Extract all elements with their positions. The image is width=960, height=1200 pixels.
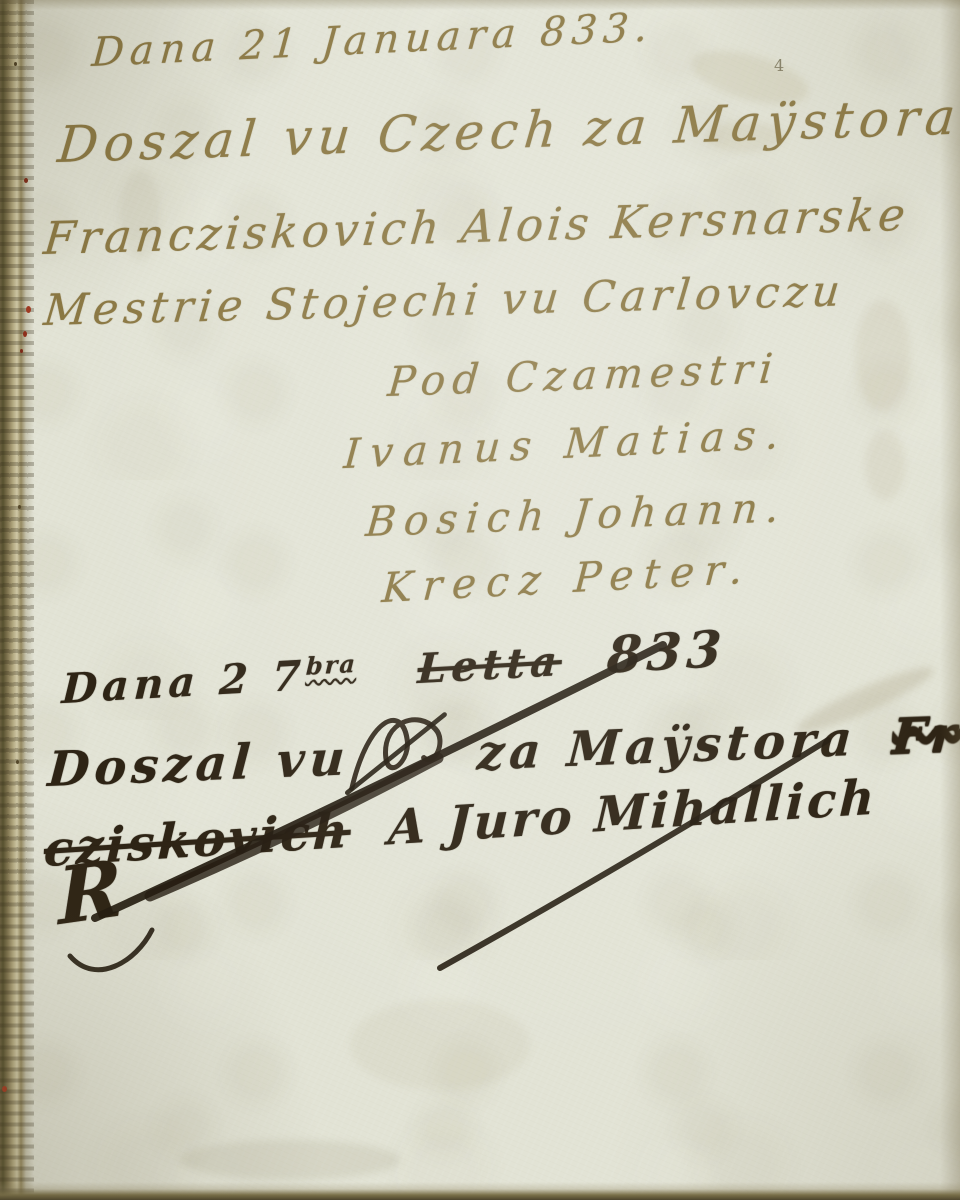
entry2-name-part1-scribbled: Fran xyxy=(891,704,960,766)
edge-speck xyxy=(16,760,19,764)
page-number-stamp: 4 xyxy=(774,56,784,75)
entry1-date-line: Dana 21 Januara 833. xyxy=(90,4,655,76)
witness-name-1: Ivanus Matias. xyxy=(342,410,790,478)
paper-stain xyxy=(180,1140,400,1180)
entry2-month-suffix: bra xyxy=(305,649,357,681)
red-pigment-speck xyxy=(20,349,23,353)
paper-stain xyxy=(855,300,910,410)
red-pigment-speck xyxy=(26,306,31,313)
scribble-loops xyxy=(343,696,453,796)
red-pigment-speck xyxy=(2,1086,7,1092)
entry2-date-prefix: Dana 2 7 xyxy=(61,651,307,713)
entry2-admission-mid: za Maÿstora xyxy=(475,711,858,782)
manuscript-page: 4 Dana 21 Januara 833. Doszal vu Czech z… xyxy=(0,0,960,1200)
entry2-admission-start: Doszal vu xyxy=(46,730,351,798)
page-edge-top xyxy=(0,0,960,10)
entry1-admission-line: Doszal vu Czech za Maÿstora xyxy=(55,88,960,175)
page-edge-bottom xyxy=(0,1182,960,1200)
paper-stain xyxy=(865,430,905,500)
red-pigment-speck xyxy=(24,178,28,183)
red-pigment-speck xyxy=(23,331,27,337)
edge-speck xyxy=(18,505,21,509)
entry2-name-added: A Juro Mihallich xyxy=(387,769,878,856)
entry1-subheading: Pod Czamestri xyxy=(386,344,782,406)
paper-stain xyxy=(350,1000,530,1090)
entry1-master-name-line: Francziskovich Alois Kersnarske xyxy=(41,188,911,265)
scribbled-out-word xyxy=(348,761,445,775)
paraph-mark: R xyxy=(56,843,123,943)
page-edge-right xyxy=(940,0,960,1200)
edge-speck xyxy=(14,62,17,66)
binding-edge xyxy=(0,0,34,1200)
witness-name-2: Bosich Johann. xyxy=(364,483,789,546)
witness-name-3: Krecz Peter. xyxy=(380,544,754,612)
entry2-year: 833 xyxy=(606,619,728,685)
entry1-trade-line: Mestrie Stojechi vu Carlovczu xyxy=(42,266,848,336)
entry2-letta-struck: Letta xyxy=(416,637,562,693)
